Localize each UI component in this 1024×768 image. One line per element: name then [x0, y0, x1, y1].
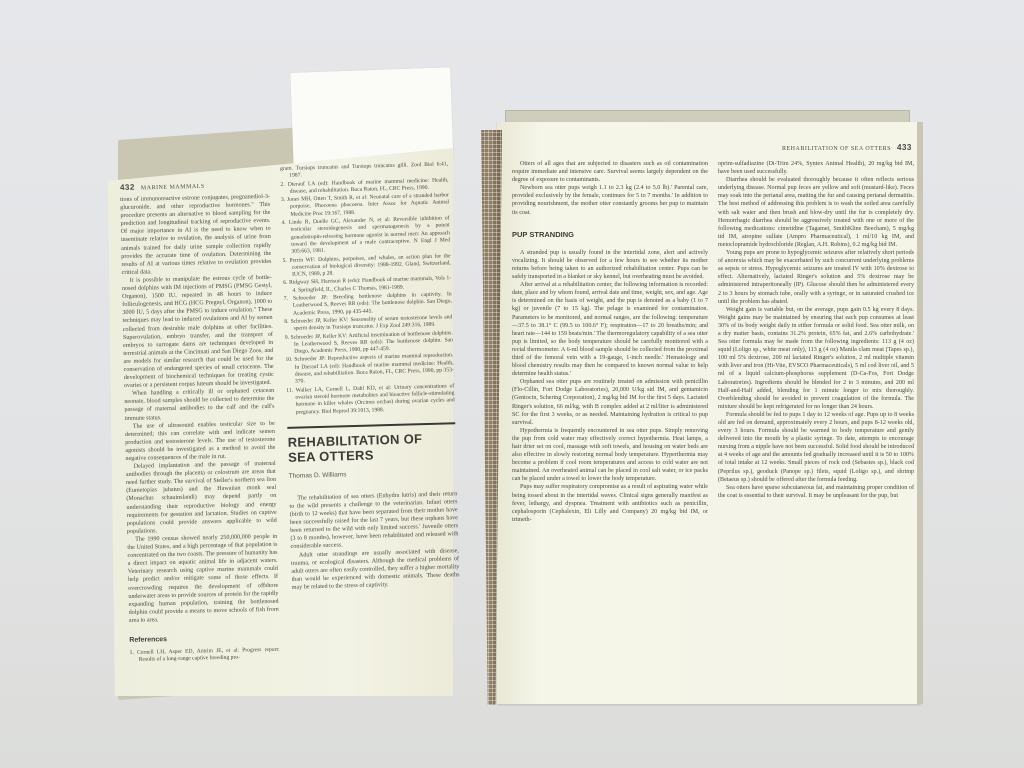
section-divider — [287, 422, 455, 429]
paragraph: The rehabilitation of sea otters (Enhydr… — [289, 490, 459, 551]
right-page-column-1: Otters of all ages that are subjected to… — [512, 160, 708, 524]
reference-item: 1. Cornell LH, Asper ED, Antrim JE, et a… — [130, 647, 280, 665]
paragraph: Newborn sea otter pups weigh 1.1 to 2.3 … — [512, 184, 708, 216]
page-edge — [917, 122, 923, 704]
right-page-number: 433 — [897, 143, 912, 152]
paragraph: Weight gain is variable but, on the aver… — [718, 306, 914, 411]
right-running-title: REHABILITATION OF SEA OTTERS — [782, 146, 891, 152]
left-page-column-1: tions of immunoreactive estrone conjugat… — [120, 193, 280, 666]
reference-item: 4. Linde R, Doelle GC, Alexander N, et a… — [282, 215, 451, 256]
paragraph: Diarrhea should be evaluated thoroughly … — [718, 176, 914, 249]
paragraph: A stranded pup is usually found in the i… — [512, 249, 708, 281]
reference-item: 11. Walker LA, Cornell L, Dahl KD, et al… — [286, 383, 455, 417]
paragraph: Delayed implantation and the passage of … — [126, 460, 277, 536]
paragraph: The 1990 census showed nearly 250,000,00… — [127, 533, 279, 625]
paragraph: Orphaned sea otter pups are routinely tr… — [512, 378, 708, 427]
section-heading-pup-stranding: PUP STRANDING — [512, 231, 708, 239]
paragraph: When handling a critically ill or orphan… — [124, 387, 275, 423]
book-photo: 432MARINE MAMMALS REHABILITATION OF SEA … — [0, 0, 1024, 768]
article-title: REHABILITATION OF SEA OTTERS — [288, 430, 457, 465]
right-page-column-2: oprim-sulfadiazine (Di-Trim 24%, Syntex … — [718, 160, 914, 500]
paragraph: Formula should be fed to pups 1 day to 1… — [718, 411, 914, 484]
references-heading: References — [129, 634, 279, 645]
paragraph: After arrival at a rehabilitation center… — [512, 281, 708, 378]
reference-item: 10. Schroeder JP: Reproductive aspects o… — [285, 353, 454, 387]
left-page-number: 432 — [120, 183, 135, 192]
paragraph: Adult otter strandings are usually assoc… — [291, 547, 460, 592]
right-running-head: REHABILITATION OF SEA OTTERS433 — [782, 143, 912, 152]
paragraph: tions of immunoreactive estrone conjugat… — [120, 193, 272, 277]
paragraph: Sea otters have sparse subcutaneous fat,… — [718, 484, 914, 500]
paragraph: Otters of all ages that are subjected to… — [512, 160, 708, 184]
paragraph: The use of ultrasound enables testicular… — [125, 419, 276, 463]
paragraph: oprim-sulfadiazine (Di-Trim 24%, Syntex … — [718, 160, 914, 176]
paragraph: Pups may suffer respiratory compromise a… — [512, 483, 708, 523]
article-author: Thomas D. Williams — [289, 468, 457, 481]
paragraph: It is possible to manipulate the estrous… — [122, 274, 274, 390]
left-page-column-2: gram. Tursiops truncatus and Tursiops tr… — [280, 161, 460, 592]
paragraph: Hypothermia is frequently encountered in… — [512, 427, 708, 484]
paragraph: Young pups are prone to hypoglycemic sei… — [718, 249, 914, 306]
